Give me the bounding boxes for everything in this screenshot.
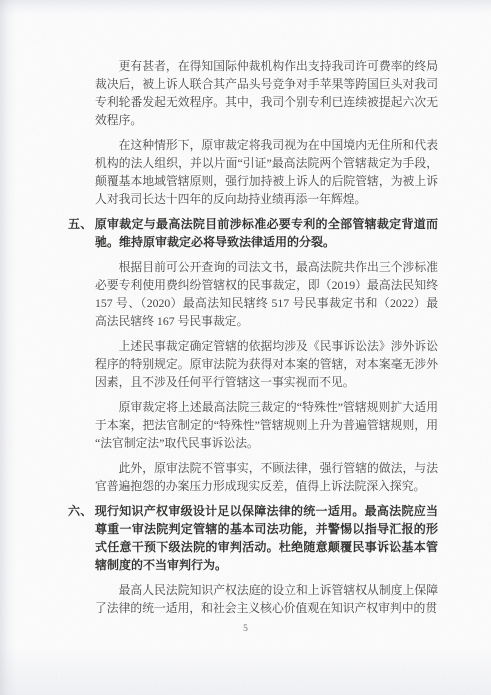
section-number: 五、 (68, 217, 95, 231)
scan-shadow-left (0, 0, 16, 695)
paragraph: 此外，原审法院不管事实，不顾法律，强行管辖的做法，与法官普遍抱怨的办案压力形成现… (95, 459, 438, 495)
section-number: 六、 (68, 504, 95, 518)
paragraph: 在这种情形下，原审裁定将我司视为在中国境内无住所和代表机构的法人组织，并以片面“… (95, 136, 438, 208)
paragraph: 根据目前可公开查询的司法文书，最高法院共作出三个涉标准必要专利使用费纠纷管辖权的… (95, 258, 438, 330)
scan-shadow-top (0, 0, 491, 14)
scan-shadow-bottom (0, 647, 491, 695)
page-number: 5 (0, 624, 491, 634)
section-heading-5: 五、原审裁定与最高法院目前涉标准必要专利的全部管辖裁定背道而驰。维持原审裁定必将… (95, 215, 438, 251)
document-body: 更有甚者，在得知国际仲裁机构作出支持我司许可费率的终局裁决后，被上诉人联合其产品… (95, 57, 438, 624)
paragraph: 原审裁定将上述最高法院三裁定的“特殊性”管辖规则扩大适用于本案，把法官制定的“特… (95, 398, 438, 452)
paragraph: 上述民事裁定确定管辖的依据均涉及《民事诉讼法》涉外诉讼程序的特别规定。原审法院为… (95, 337, 438, 391)
section-heading-text: 原审裁定与最高法院目前涉标准必要专利的全部管辖裁定背道而驰。维持原审裁定必将导致… (95, 217, 438, 249)
paragraph: 更有甚者，在得知国际仲裁机构作出支持我司许可费率的终局裁决后，被上诉人联合其产品… (95, 57, 438, 129)
section-heading-6: 六、现行知识产权审级设计足以保障法律的统一适用。最高法院应当尊重一审法院判定管辖… (95, 502, 438, 574)
scanned-document-page: 更有甚者，在得知国际仲裁机构作出支持我司许可费率的终局裁决后，被上诉人联合其产品… (0, 0, 491, 695)
section-heading-text: 现行知识产权审级设计足以保障法律的统一适用。最高法院应当尊重一审法院判定管辖的基… (95, 504, 438, 572)
paragraph: 最高人民法院知识产权法庭的设立和上诉管辖权从制度上保障了法律的统一适用，和社会主… (95, 581, 438, 617)
